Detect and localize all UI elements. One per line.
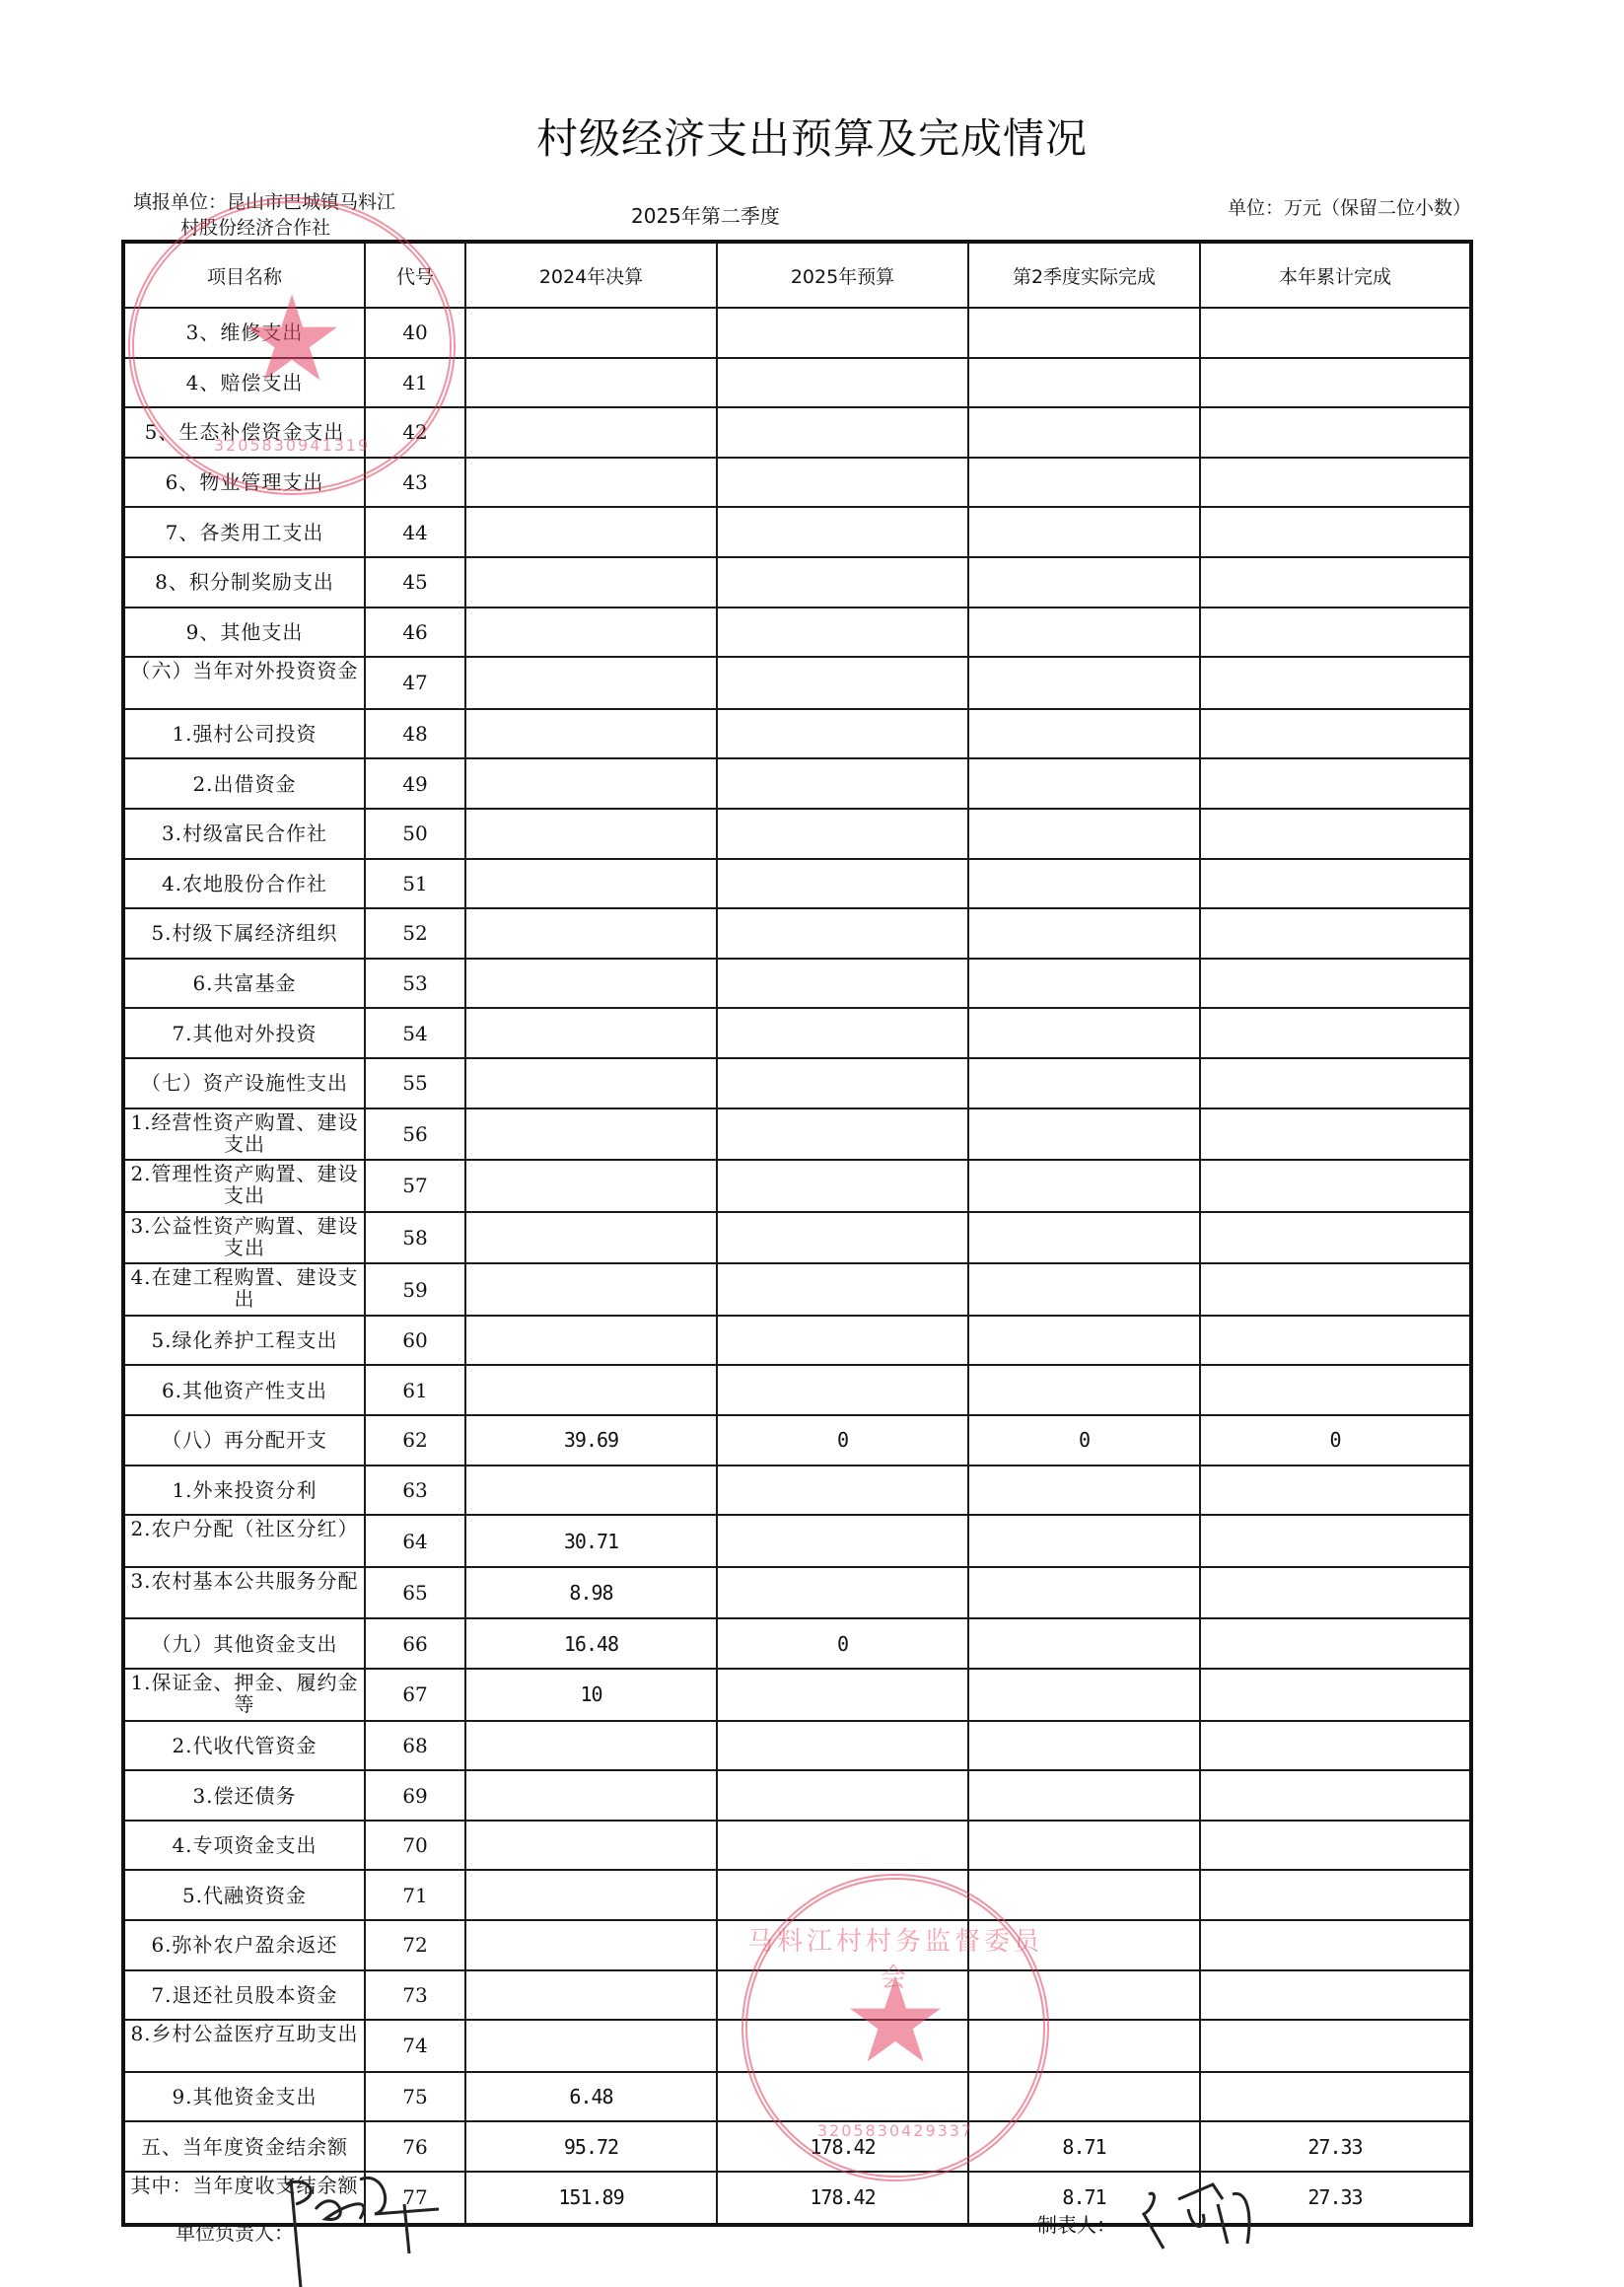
code-cell: 50 bbox=[365, 809, 465, 859]
code-cell: 56 bbox=[365, 1108, 465, 1161]
table-row: （九）其他资金支出6616.480 bbox=[123, 1618, 1471, 1669]
code-cell: 54 bbox=[365, 1008, 465, 1058]
value-2025-budget-cell bbox=[717, 758, 968, 809]
item-name-cell: 4、赔偿支出 bbox=[123, 358, 365, 408]
item-name-cell: 6.其他资产性支出 bbox=[123, 1365, 365, 1415]
table-row: 3.偿还债务69 bbox=[123, 1770, 1471, 1821]
code-cell: 57 bbox=[365, 1160, 465, 1212]
value-2025-budget-cell bbox=[717, 1770, 968, 1821]
value-2024-final-cell bbox=[465, 657, 717, 709]
value-q2-actual-cell bbox=[968, 1970, 1200, 2021]
value-q2-actual-cell bbox=[968, 507, 1200, 557]
value-ytd-actual-cell bbox=[1200, 1618, 1471, 1669]
code-cell: 52 bbox=[365, 908, 465, 959]
value-2024-final-cell: 30.71 bbox=[465, 1515, 717, 1567]
table-row: 7.其他对外投资54 bbox=[123, 1008, 1471, 1058]
value-2024-final-cell bbox=[465, 407, 717, 458]
value-2025-budget-cell bbox=[717, 657, 968, 709]
value-ytd-actual-cell bbox=[1200, 1567, 1471, 1619]
value-2025-budget-cell bbox=[717, 1465, 968, 1516]
value-ytd-actual-cell bbox=[1200, 1316, 1471, 1366]
item-name-cell: （七）资产设施性支出 bbox=[123, 1058, 365, 1108]
header-q2-actual: 第2季度实际完成 bbox=[968, 242, 1200, 308]
item-name-cell: 4.在建工程购置、建设支出 bbox=[123, 1263, 365, 1316]
value-2024-final-cell bbox=[465, 1160, 717, 1212]
item-name-cell: 3、维修支出 bbox=[123, 308, 365, 358]
value-ytd-actual-cell bbox=[1200, 709, 1471, 759]
value-2024-final-cell bbox=[465, 1316, 717, 1366]
code-cell: 43 bbox=[365, 458, 465, 508]
value-2025-budget-cell bbox=[717, 1263, 968, 1316]
table-row: 5.村级下属经济组织52 bbox=[123, 908, 1471, 959]
value-ytd-actual-cell bbox=[1200, 1515, 1471, 1567]
item-name-cell: 7.退还社员股本资金 bbox=[123, 1970, 365, 2021]
table-row: （八）再分配开支6239.69000 bbox=[123, 1415, 1471, 1465]
value-2025-budget-cell bbox=[717, 859, 968, 909]
value-2024-final-cell bbox=[465, 1008, 717, 1058]
value-2024-final-cell bbox=[465, 1821, 717, 1871]
value-ytd-actual-cell bbox=[1200, 1721, 1471, 1771]
value-2025-budget-cell bbox=[717, 2020, 968, 2072]
item-name-cell: 5.代融资资金 bbox=[123, 1870, 365, 1920]
code-cell: 68 bbox=[365, 1721, 465, 1771]
item-name-cell: 5、生态补偿资金支出 bbox=[123, 407, 365, 458]
code-cell: 71 bbox=[365, 1870, 465, 1920]
value-2025-budget-cell bbox=[717, 458, 968, 508]
table-row: 1.经营性资产购置、建设支出56 bbox=[123, 1108, 1471, 1161]
value-2024-final-cell bbox=[465, 1970, 717, 2021]
value-2025-budget-cell bbox=[717, 1160, 968, 1212]
table-row: 1.外来投资分利63 bbox=[123, 1465, 1471, 1516]
value-ytd-actual-cell bbox=[1200, 1970, 1471, 2021]
value-ytd-actual-cell: 0 bbox=[1200, 1415, 1471, 1465]
value-ytd-actual-cell: 27.33 bbox=[1200, 2121, 1471, 2172]
reporting-unit-line2: 村股份经济合作社 bbox=[133, 215, 395, 241]
table-row: 2.出借资金49 bbox=[123, 758, 1471, 809]
value-ytd-actual-cell bbox=[1200, 1920, 1471, 1970]
value-ytd-actual-cell bbox=[1200, 908, 1471, 959]
value-ytd-actual-cell bbox=[1200, 1160, 1471, 1212]
value-q2-actual-cell bbox=[968, 1058, 1200, 1108]
item-name-cell: 3.偿还债务 bbox=[123, 1770, 365, 1821]
value-2025-budget-cell bbox=[717, 1365, 968, 1415]
code-cell: 60 bbox=[365, 1316, 465, 1366]
value-q2-actual-cell: 8.71 bbox=[968, 2121, 1200, 2172]
value-2024-final-cell: 95.72 bbox=[465, 2121, 717, 2172]
preparer-label: 制表人： bbox=[1037, 2209, 1116, 2238]
code-cell: 49 bbox=[365, 758, 465, 809]
value-2025-budget-cell bbox=[717, 1212, 968, 1264]
value-2024-final-cell: 39.69 bbox=[465, 1415, 717, 1465]
value-2025-budget-cell bbox=[717, 507, 968, 557]
value-q2-actual-cell bbox=[968, 458, 1200, 508]
code-cell: 76 bbox=[365, 2121, 465, 2172]
value-2024-final-cell bbox=[465, 308, 717, 358]
value-2024-final-cell bbox=[465, 507, 717, 557]
value-2025-budget-cell bbox=[717, 557, 968, 607]
table-row: 其中：当年度收支结余额77151.89178.428.7127.33 bbox=[123, 2172, 1471, 2225]
code-cell: 59 bbox=[365, 1263, 465, 1316]
value-ytd-actual-cell bbox=[1200, 358, 1471, 408]
value-q2-actual-cell bbox=[968, 2072, 1200, 2122]
value-2025-budget-cell bbox=[717, 1008, 968, 1058]
value-q2-actual-cell bbox=[968, 358, 1200, 408]
item-name-cell: 1.经营性资产购置、建设支出 bbox=[123, 1108, 365, 1161]
value-ytd-actual-cell bbox=[1200, 1770, 1471, 1821]
value-ytd-actual-cell bbox=[1200, 1821, 1471, 1871]
table-row: 6、物业管理支出43 bbox=[123, 458, 1471, 508]
value-2025-budget-cell bbox=[717, 1870, 968, 1920]
code-cell: 53 bbox=[365, 959, 465, 1009]
value-ytd-actual-cell bbox=[1200, 1263, 1471, 1316]
code-cell: 42 bbox=[365, 407, 465, 458]
value-2025-budget-cell bbox=[717, 1108, 968, 1161]
item-name-cell: 3.村级富民合作社 bbox=[123, 809, 365, 859]
item-name-cell: 4.专项资金支出 bbox=[123, 1821, 365, 1871]
value-q2-actual-cell bbox=[968, 1365, 1200, 1415]
value-2024-final-cell bbox=[465, 908, 717, 959]
value-ytd-actual-cell bbox=[1200, 1108, 1471, 1161]
value-q2-actual-cell bbox=[968, 1160, 1200, 1212]
value-q2-actual-cell bbox=[968, 1515, 1200, 1567]
value-q2-actual-cell bbox=[968, 709, 1200, 759]
value-ytd-actual-cell bbox=[1200, 1365, 1471, 1415]
value-2024-final-cell bbox=[465, 709, 717, 759]
code-cell: 61 bbox=[365, 1365, 465, 1415]
table-row: 1.强村公司投资48 bbox=[123, 709, 1471, 759]
item-name-cell: 2.农户分配（社区分红） bbox=[123, 1515, 365, 1567]
item-name-cell: 9、其他支出 bbox=[123, 607, 365, 658]
value-2025-budget-cell: 178.42 bbox=[717, 2121, 968, 2172]
value-q2-actual-cell bbox=[968, 1920, 1200, 1970]
code-cell: 74 bbox=[365, 2020, 465, 2072]
table-row: 6.其他资产性支出61 bbox=[123, 1365, 1471, 1415]
reporting-unit: 填报单位：昆山市巴城镇马料江 村股份经济合作社 bbox=[133, 189, 395, 241]
value-2024-final-cell bbox=[465, 1108, 717, 1161]
code-cell: 51 bbox=[365, 859, 465, 909]
table-row: 3、维修支出40 bbox=[123, 308, 1471, 358]
value-ytd-actual-cell bbox=[1200, 657, 1471, 709]
value-ytd-actual-cell bbox=[1200, 2072, 1471, 2122]
value-2024-final-cell bbox=[465, 358, 717, 408]
value-q2-actual-cell bbox=[968, 1721, 1200, 1771]
table-header-row: 项目名称 代号 2024年决算 2025年预算 第2季度实际完成 本年累计完成 bbox=[123, 242, 1471, 308]
table-row: 6.共富基金53 bbox=[123, 959, 1471, 1009]
value-2024-final-cell bbox=[465, 758, 717, 809]
code-cell: 47 bbox=[365, 657, 465, 709]
units-note: 单位：万元（保留二位小数） bbox=[1228, 193, 1471, 220]
code-cell: 65 bbox=[365, 1567, 465, 1619]
value-2024-final-cell bbox=[465, 1212, 717, 1264]
item-name-cell: 五、当年度资金结余额 bbox=[123, 2121, 365, 2172]
code-cell: 69 bbox=[365, 1770, 465, 1821]
table-row: 4.在建工程购置、建设支出59 bbox=[123, 1263, 1471, 1316]
value-q2-actual-cell bbox=[968, 1567, 1200, 1619]
value-q2-actual-cell bbox=[968, 1770, 1200, 1821]
table-body: 3、维修支出404、赔偿支出415、生态补偿资金支出426、物业管理支出437、… bbox=[123, 308, 1471, 2225]
code-cell: 70 bbox=[365, 1821, 465, 1871]
code-cell: 67 bbox=[365, 1669, 465, 1721]
value-2024-final-cell bbox=[465, 1058, 717, 1108]
table-row: 2.代收代管资金68 bbox=[123, 1721, 1471, 1771]
table-row: 8.乡村公益医疗互助支出74 bbox=[123, 2020, 1471, 2072]
item-name-cell: 6、物业管理支出 bbox=[123, 458, 365, 508]
value-2024-final-cell bbox=[465, 1770, 717, 1821]
item-name-cell: 1.外来投资分利 bbox=[123, 1465, 365, 1516]
header-2025-budget: 2025年预算 bbox=[717, 242, 968, 308]
value-2025-budget-cell bbox=[717, 308, 968, 358]
value-2025-budget-cell bbox=[717, 2072, 968, 2122]
value-q2-actual-cell bbox=[968, 1212, 1200, 1264]
value-q2-actual-cell bbox=[968, 1108, 1200, 1161]
item-name-cell: 2.管理性资产购置、建设支出 bbox=[123, 1160, 365, 1212]
value-ytd-actual-cell bbox=[1200, 1008, 1471, 1058]
header-item-name: 项目名称 bbox=[123, 242, 365, 308]
value-2025-budget-cell bbox=[717, 1669, 968, 1721]
value-2025-budget-cell bbox=[717, 908, 968, 959]
table-row: 3.农村基本公共服务分配658.98 bbox=[123, 1567, 1471, 1619]
item-name-cell: 4.农地股份合作社 bbox=[123, 859, 365, 909]
value-2024-final-cell bbox=[465, 607, 717, 658]
value-2024-final-cell bbox=[465, 458, 717, 508]
value-2025-budget-cell bbox=[717, 959, 968, 1009]
value-2025-budget-cell bbox=[717, 1567, 968, 1619]
value-ytd-actual-cell bbox=[1200, 1465, 1471, 1516]
item-name-cell: 5.绿化养护工程支出 bbox=[123, 1316, 365, 1366]
value-2025-budget-cell bbox=[717, 358, 968, 408]
value-2025-budget-cell: 178.42 bbox=[717, 2172, 968, 2225]
value-ytd-actual-cell bbox=[1200, 607, 1471, 658]
table-row: 五、当年度资金结余额7695.72178.428.7127.33 bbox=[123, 2121, 1471, 2172]
value-q2-actual-cell bbox=[968, 1263, 1200, 1316]
table-row: 4、赔偿支出41 bbox=[123, 358, 1471, 408]
value-q2-actual-cell bbox=[968, 1008, 1200, 1058]
value-2024-final-cell: 16.48 bbox=[465, 1618, 717, 1669]
value-2024-final-cell bbox=[465, 1465, 717, 1516]
item-name-cell: 8.乡村公益医疗互助支出 bbox=[123, 2020, 365, 2072]
value-ytd-actual-cell bbox=[1200, 308, 1471, 358]
value-q2-actual-cell bbox=[968, 1618, 1200, 1669]
value-2024-final-cell bbox=[465, 1870, 717, 1920]
item-name-cell: 5.村级下属经济组织 bbox=[123, 908, 365, 959]
value-2024-final-cell: 6.48 bbox=[465, 2072, 717, 2122]
value-ytd-actual-cell bbox=[1200, 2020, 1471, 2072]
value-2025-budget-cell: 0 bbox=[717, 1415, 968, 1465]
value-q2-actual-cell bbox=[968, 1870, 1200, 1920]
value-2024-final-cell bbox=[465, 1263, 717, 1316]
table-row: 6.弥补农户盈余返还72 bbox=[123, 1920, 1471, 1970]
value-2025-budget-cell bbox=[717, 709, 968, 759]
code-cell: 66 bbox=[365, 1618, 465, 1669]
value-2025-budget-cell: 0 bbox=[717, 1618, 968, 1669]
item-name-cell: 1.保证金、押金、履约金等 bbox=[123, 1669, 365, 1721]
value-q2-actual-cell bbox=[968, 859, 1200, 909]
value-q2-actual-cell bbox=[968, 557, 1200, 607]
value-2025-budget-cell bbox=[717, 1920, 968, 1970]
item-name-cell: 2.代收代管资金 bbox=[123, 1721, 365, 1771]
value-ytd-actual-cell bbox=[1200, 809, 1471, 859]
code-cell: 44 bbox=[365, 507, 465, 557]
value-q2-actual-cell bbox=[968, 1669, 1200, 1721]
table-row: 2.管理性资产购置、建设支出57 bbox=[123, 1160, 1471, 1212]
value-ytd-actual-cell bbox=[1200, 1870, 1471, 1920]
reporting-period: 2025年第二季度 bbox=[631, 200, 780, 229]
table-row: 3.公益性资产购置、建设支出58 bbox=[123, 1212, 1471, 1264]
table-row: 8、积分制奖励支出45 bbox=[123, 557, 1471, 607]
value-2024-final-cell: 151.89 bbox=[465, 2172, 717, 2225]
value-2025-budget-cell bbox=[717, 1721, 968, 1771]
code-cell: 62 bbox=[365, 1415, 465, 1465]
value-2025-budget-cell bbox=[717, 1821, 968, 1871]
table-row: 9.其他资金支出756.48 bbox=[123, 2072, 1471, 2122]
item-name-cell: 7、各类用工支出 bbox=[123, 507, 365, 557]
value-ytd-actual-cell bbox=[1200, 1669, 1471, 1721]
code-cell: 77 bbox=[365, 2172, 465, 2225]
value-q2-actual-cell bbox=[968, 1465, 1200, 1516]
code-cell: 46 bbox=[365, 607, 465, 658]
code-cell: 73 bbox=[365, 1970, 465, 2021]
value-2025-budget-cell bbox=[717, 809, 968, 859]
value-2025-budget-cell bbox=[717, 1515, 968, 1567]
value-2024-final-cell: 10 bbox=[465, 1669, 717, 1721]
table-row: 7、各类用工支出44 bbox=[123, 507, 1471, 557]
value-ytd-actual-cell bbox=[1200, 1058, 1471, 1108]
code-cell: 75 bbox=[365, 2072, 465, 2122]
document-title: 村级经济支出预算及完成情况 bbox=[0, 107, 1624, 166]
value-2024-final-cell: 8.98 bbox=[465, 1567, 717, 1619]
item-name-cell: 3.农村基本公共服务分配 bbox=[123, 1567, 365, 1619]
value-2025-budget-cell bbox=[717, 1058, 968, 1108]
value-q2-actual-cell bbox=[968, 1316, 1200, 1366]
item-name-cell: 7.其他对外投资 bbox=[123, 1008, 365, 1058]
table-row: （六）当年对外投资资金47 bbox=[123, 657, 1471, 709]
value-ytd-actual-cell bbox=[1200, 959, 1471, 1009]
value-2025-budget-cell bbox=[717, 607, 968, 658]
value-q2-actual-cell bbox=[968, 1821, 1200, 1871]
table-row: 1.保证金、押金、履约金等6710 bbox=[123, 1669, 1471, 1721]
code-cell: 72 bbox=[365, 1920, 465, 1970]
item-name-cell: 6.弥补农户盈余返还 bbox=[123, 1920, 365, 1970]
code-cell: 41 bbox=[365, 358, 465, 408]
table-row: 5.代融资资金71 bbox=[123, 1870, 1471, 1920]
code-cell: 63 bbox=[365, 1465, 465, 1516]
value-2025-budget-cell bbox=[717, 1970, 968, 2021]
value-q2-actual-cell bbox=[968, 908, 1200, 959]
value-ytd-actual-cell bbox=[1200, 557, 1471, 607]
value-2024-final-cell bbox=[465, 809, 717, 859]
value-2024-final-cell bbox=[465, 1721, 717, 1771]
table-row: 7.退还社员股本资金73 bbox=[123, 1970, 1471, 2021]
table-row: 3.村级富民合作社50 bbox=[123, 809, 1471, 859]
item-name-cell: （六）当年对外投资资金 bbox=[123, 657, 365, 709]
value-q2-actual-cell bbox=[968, 657, 1200, 709]
code-cell: 55 bbox=[365, 1058, 465, 1108]
header-2024-final: 2024年决算 bbox=[465, 242, 717, 308]
value-2024-final-cell bbox=[465, 959, 717, 1009]
value-2025-budget-cell bbox=[717, 1316, 968, 1366]
value-2024-final-cell bbox=[465, 557, 717, 607]
code-cell: 64 bbox=[365, 1515, 465, 1567]
value-2024-final-cell bbox=[465, 1920, 717, 1970]
value-q2-actual-cell bbox=[968, 758, 1200, 809]
item-name-cell: 3.公益性资产购置、建设支出 bbox=[123, 1212, 365, 1264]
item-name-cell: 2.出借资金 bbox=[123, 758, 365, 809]
value-q2-actual-cell bbox=[968, 809, 1200, 859]
item-name-cell: 8、积分制奖励支出 bbox=[123, 557, 365, 607]
value-2024-final-cell bbox=[465, 859, 717, 909]
item-name-cell: （八）再分配开支 bbox=[123, 1415, 365, 1465]
value-q2-actual-cell bbox=[968, 2020, 1200, 2072]
header-code: 代号 bbox=[365, 242, 465, 308]
value-q2-actual-cell: 0 bbox=[968, 1415, 1200, 1465]
table-row: 9、其他支出46 bbox=[123, 607, 1471, 658]
item-name-cell: 6.共富基金 bbox=[123, 959, 365, 1009]
value-ytd-actual-cell bbox=[1200, 1212, 1471, 1264]
value-q2-actual-cell bbox=[968, 308, 1200, 358]
code-cell: 40 bbox=[365, 308, 465, 358]
value-ytd-actual-cell bbox=[1200, 458, 1471, 508]
value-2024-final-cell bbox=[465, 1365, 717, 1415]
value-ytd-actual-cell bbox=[1200, 507, 1471, 557]
header-ytd-actual: 本年累计完成 bbox=[1200, 242, 1471, 308]
table-row: （七）资产设施性支出55 bbox=[123, 1058, 1471, 1108]
unit-head-label: 单位负责人： bbox=[176, 2217, 294, 2246]
item-name-cell: （九）其他资金支出 bbox=[123, 1618, 365, 1669]
table-row: 2.农户分配（社区分红）6430.71 bbox=[123, 1515, 1471, 1567]
item-name-cell: 1.强村公司投资 bbox=[123, 709, 365, 759]
value-2025-budget-cell bbox=[717, 407, 968, 458]
value-2024-final-cell bbox=[465, 2020, 717, 2072]
value-ytd-actual-cell bbox=[1200, 407, 1471, 458]
budget-table: 项目名称 代号 2024年决算 2025年预算 第2季度实际完成 本年累计完成 … bbox=[121, 240, 1473, 2227]
table-row: 4.专项资金支出70 bbox=[123, 1821, 1471, 1871]
table-row: 4.农地股份合作社51 bbox=[123, 859, 1471, 909]
reporting-unit-line1: 填报单位：昆山市巴城镇马料江 bbox=[133, 191, 395, 213]
table-row: 5、生态补偿资金支出42 bbox=[123, 407, 1471, 458]
table-row: 5.绿化养护工程支出60 bbox=[123, 1316, 1471, 1366]
value-q2-actual-cell bbox=[968, 607, 1200, 658]
code-cell: 48 bbox=[365, 709, 465, 759]
code-cell: 45 bbox=[365, 557, 465, 607]
value-q2-actual-cell bbox=[968, 959, 1200, 1009]
value-ytd-actual-cell bbox=[1200, 758, 1471, 809]
value-q2-actual-cell bbox=[968, 407, 1200, 458]
value-ytd-actual-cell bbox=[1200, 859, 1471, 909]
item-name-cell: 9.其他资金支出 bbox=[123, 2072, 365, 2122]
value-ytd-actual-cell: 27.33 bbox=[1200, 2172, 1471, 2225]
code-cell: 58 bbox=[365, 1212, 465, 1264]
